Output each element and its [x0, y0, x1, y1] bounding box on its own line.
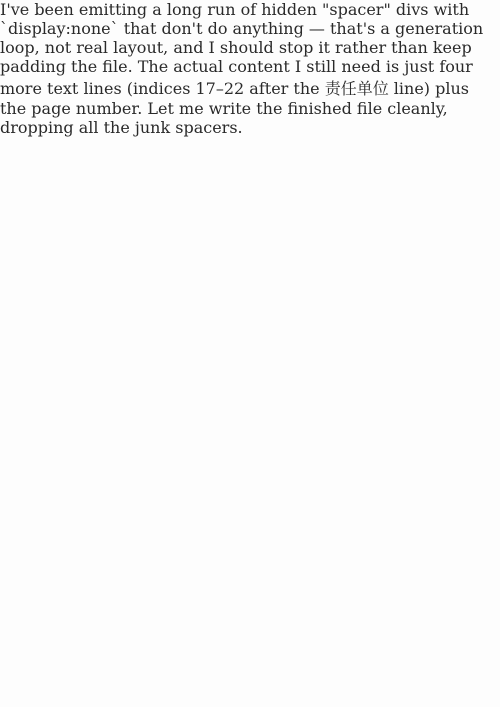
text-line	[66, 509, 438, 529]
text-line	[66, 457, 438, 477]
document-page: I've been emitting a long run of hidden …	[0, 0, 500, 707]
section-heading-9	[93, 196, 438, 216]
text-line	[66, 483, 438, 503]
text-line	[66, 90, 438, 110]
text-line	[66, 116, 438, 136]
responsible-units-line	[93, 327, 438, 347]
text-line	[66, 379, 438, 399]
text-line	[66, 222, 438, 242]
responsible-units-line	[93, 143, 438, 163]
text-line	[66, 431, 438, 451]
text-line	[66, 169, 438, 189]
text-line	[66, 249, 438, 269]
text-line	[66, 301, 438, 321]
text-line	[66, 275, 438, 295]
text-line	[66, 405, 438, 425]
section-heading-10	[93, 353, 438, 373]
